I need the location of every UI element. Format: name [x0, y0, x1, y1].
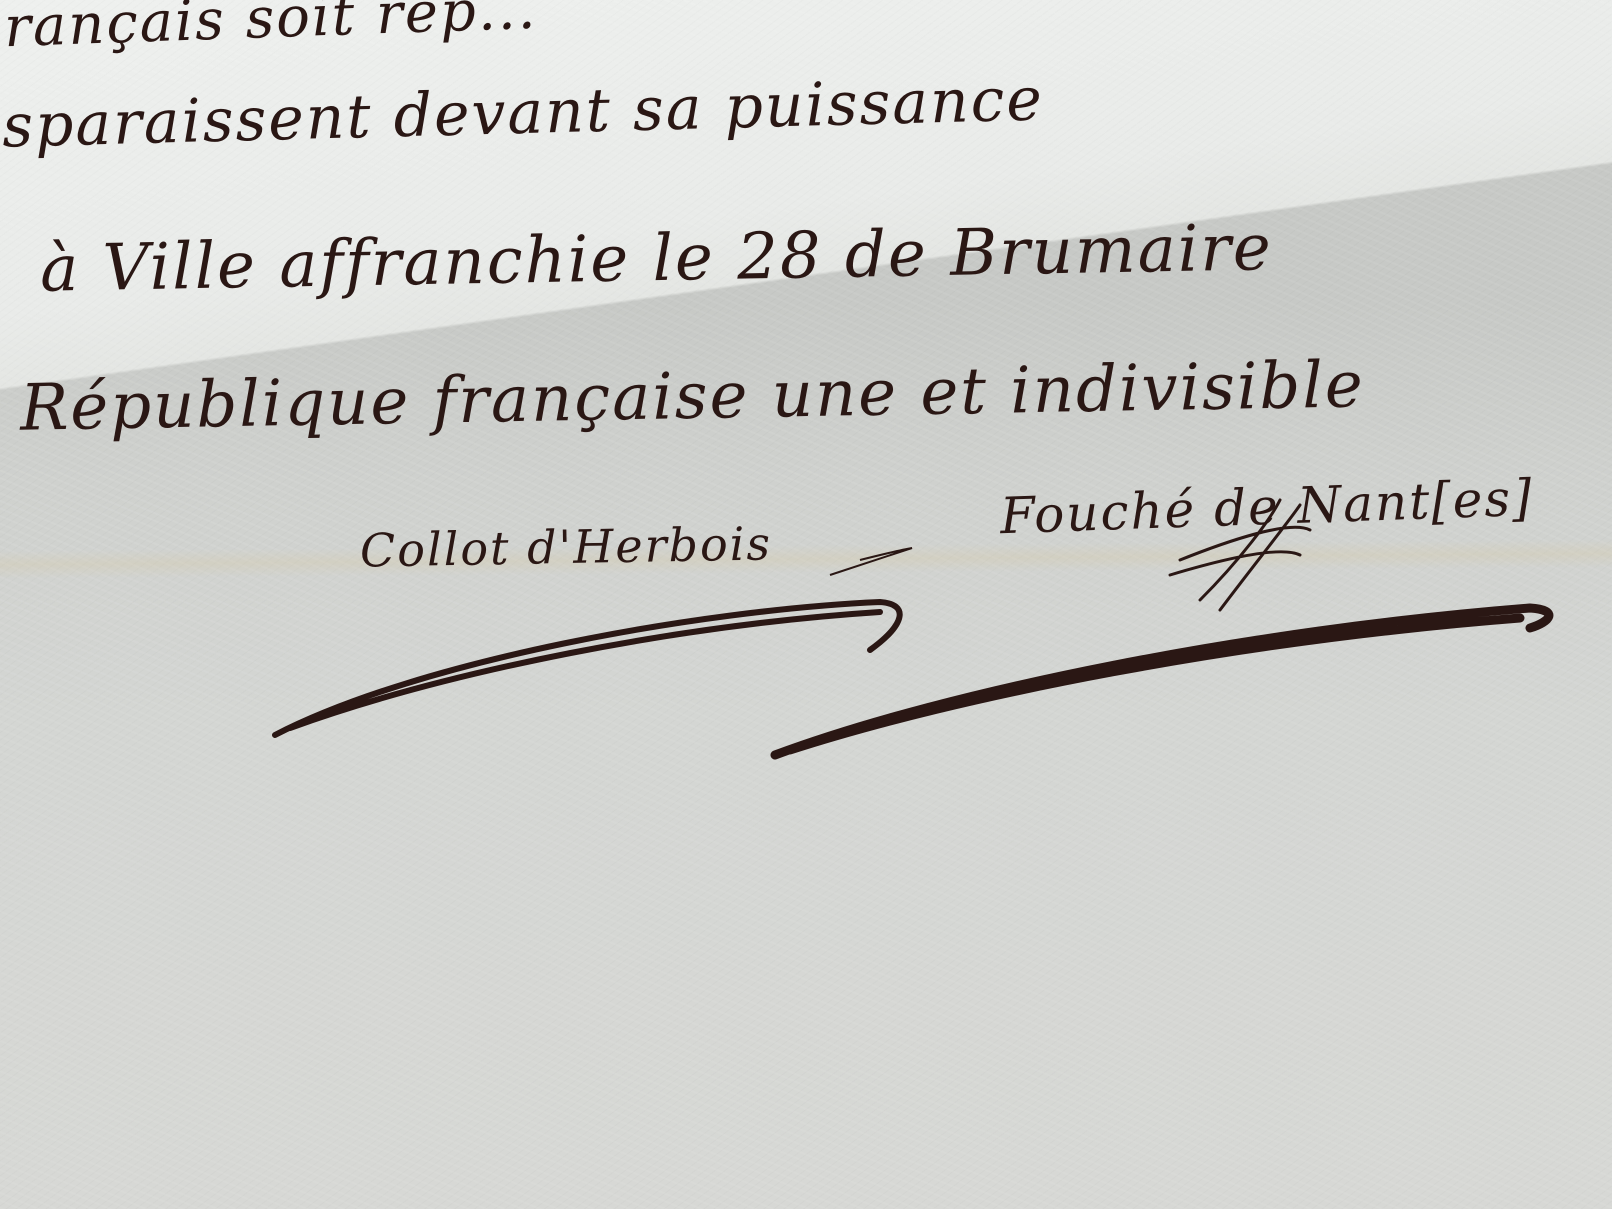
signature-flourish-icon: [0, 0, 1612, 1209]
